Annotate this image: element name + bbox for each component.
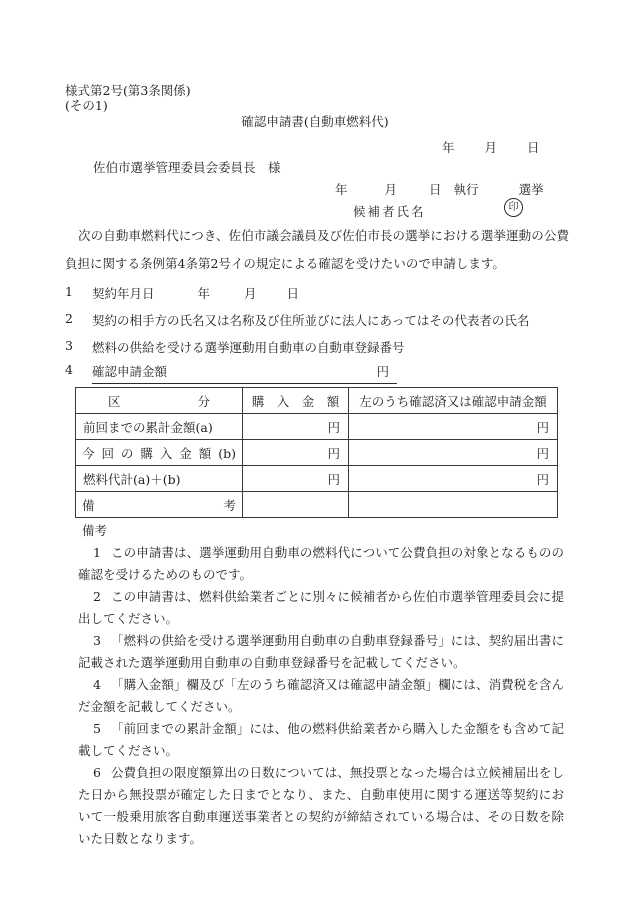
application-date-line: 年 月 日 [442,138,540,156]
note-item: 3「燃料の供給を受ける選挙運動用自動車の自動車登録番号」には、契約届出書に記載さ… [78,630,564,674]
day-label: 日 [287,284,300,302]
note-item: 2この申請書は、燃料供給業者ごとに別々に候補者から佐伯市選挙管理委員会に提出して… [78,586,564,630]
row-label-current-purchase: 今回の購入金額(b) [76,440,243,466]
amount-fill-in-line: 確認申請金額 円 [92,362,397,384]
month-label: 月 [244,284,257,302]
item-contract-party: 2 契約の相手方の氏名又は名称及び住所並びに法人にあってはその代表者の氏名 [65,311,529,329]
note-text: この申請書は、選挙運動用自動車の燃料代について公費負担の対象となるものの確認を受… [78,545,564,582]
table-row: 備考 [76,492,558,518]
table-row: 燃料代計(a)＋(b) 円 円 [76,466,558,492]
remarks-cell [349,492,558,518]
table-header-row: 区分 購 入 金 額 左のうち確認済又は確認申請金額 [76,388,558,414]
day-label: 日 [527,138,540,156]
yen-unit-label: 円 [376,362,397,380]
remarks-cell [243,492,349,518]
note-number: 2 [93,589,101,604]
purchase-amount-cell: 円 [243,440,349,466]
day-label: 日 [429,182,442,197]
note-number: 4 [93,677,101,692]
seal-character: 印 [509,203,519,213]
note-item: 6公費負担の限度額算出の日数については、無投票となった場合は立候補届出をした日か… [78,762,564,850]
amount-table: 区分 購 入 金 額 左のうち確認済又は確認申請金額 前回までの累計金額(a) … [75,387,558,518]
note-item: 5「前回までの累計金額」には、他の燃料供給業者から購入した金額をも含めて記載して… [78,718,564,762]
col-header-category: 区分 [76,388,243,414]
note-number: 1 [93,545,101,560]
col-header-confirmed-amount: 左のうち確認済又は確認申請金額 [349,388,558,414]
note-text: 「前回までの累計金額」には、他の燃料供給業者から購入した金額をも含めて記載してく… [78,721,564,758]
note-text: 公費負担の限度額算出の日数については、無投票となった場合は立候補届出をした日から… [78,765,564,846]
col-header-purchase-amount: 購 入 金 額 [243,388,349,414]
item-label: 契約年月日 [92,284,155,302]
page-title: 確認申請書(自動車燃料代) [0,112,630,130]
year-label: 年 [198,284,211,302]
election-label: 選挙 [519,182,544,197]
month-label: 月 [485,138,498,156]
intro-paragraph: 次の自動車燃料代につき、佐伯市議会議員及び佐伯市長の選挙における選挙運動の公費負… [65,222,569,277]
row-label-remarks: 備考 [76,492,243,518]
table-row: 今回の購入金額(b) 円 円 [76,440,558,466]
month-label: 月 [385,182,398,197]
note-item: 1この申請書は、選挙運動用自動車の燃料代について公費負担の対象となるものの確認を… [78,542,564,586]
item-number: 4 [65,362,92,384]
notes-list: 1この申請書は、選挙運動用自動車の燃料代について公費負担の対象となるものの確認を… [78,542,564,850]
year-label: 年 [442,138,455,156]
row-label-fuel-total: 燃料代計(a)＋(b) [76,466,243,492]
item-contract-date: 1 契約年月日 年 月 日 [65,284,299,302]
executed-label: 執行 [454,182,479,197]
purchase-amount-cell: 円 [243,466,349,492]
note-number: 3 [93,633,101,648]
item-application-amount: 4 確認申請金額 円 [65,362,397,384]
row-label-previous-total: 前回までの累計金額(a) [76,414,243,440]
confirmed-amount-cell: 円 [349,440,558,466]
item-label: 燃料の供給を受ける選挙運動用自動車の自動車登録番号 [92,338,405,356]
item-label: 契約の相手方の氏名又は名称及び住所並びに法人にあってはその代表者の氏名 [92,311,529,329]
addressee: 佐伯市選挙管理委員会委員長 様 [93,158,281,176]
table-row: 前回までの累計金額(a) 円 円 [76,414,558,440]
note-text: 「燃料の供給を受ける選挙運動用自動車の自動車登録番号」には、契約届出書に記載され… [78,633,564,670]
notes-title: 備考 [82,521,107,539]
note-text: この申請書は、燃料供給業者ごとに別々に候補者から佐伯市選挙管理委員会に提出してく… [78,589,564,626]
candidate-name-label: 候補者氏名 [353,202,426,220]
item-number: 3 [65,338,92,356]
election-execution-line: 年月日執行選挙 [335,180,544,198]
item-number: 2 [65,311,92,329]
confirmed-amount-cell: 円 [349,414,558,440]
year-label: 年 [335,182,348,197]
item-vehicle-registration: 3 燃料の供給を受ける選挙運動用自動車の自動車登録番号 [65,338,405,356]
item-number: 1 [65,284,92,302]
item-label: 確認申請金額 [92,362,167,380]
seal-stamp-icon: 印 [504,198,523,217]
purchase-amount-cell: 円 [243,414,349,440]
note-item: 4「購入金額」欄及び「左のうち確認済又は確認申請金額」欄には、消費税を含んだ金額… [78,674,564,718]
confirmed-amount-cell: 円 [349,466,558,492]
form-page: 様式第2号(第3条関係) (その1) 確認申請書(自動車燃料代) 年 月 日 佐… [0,0,630,915]
note-number: 5 [93,721,101,736]
note-number: 6 [93,765,101,780]
note-text: 「購入金額」欄及び「左のうち確認済又は確認申請金額」欄には、消費税を含んだ金額を… [78,677,564,714]
